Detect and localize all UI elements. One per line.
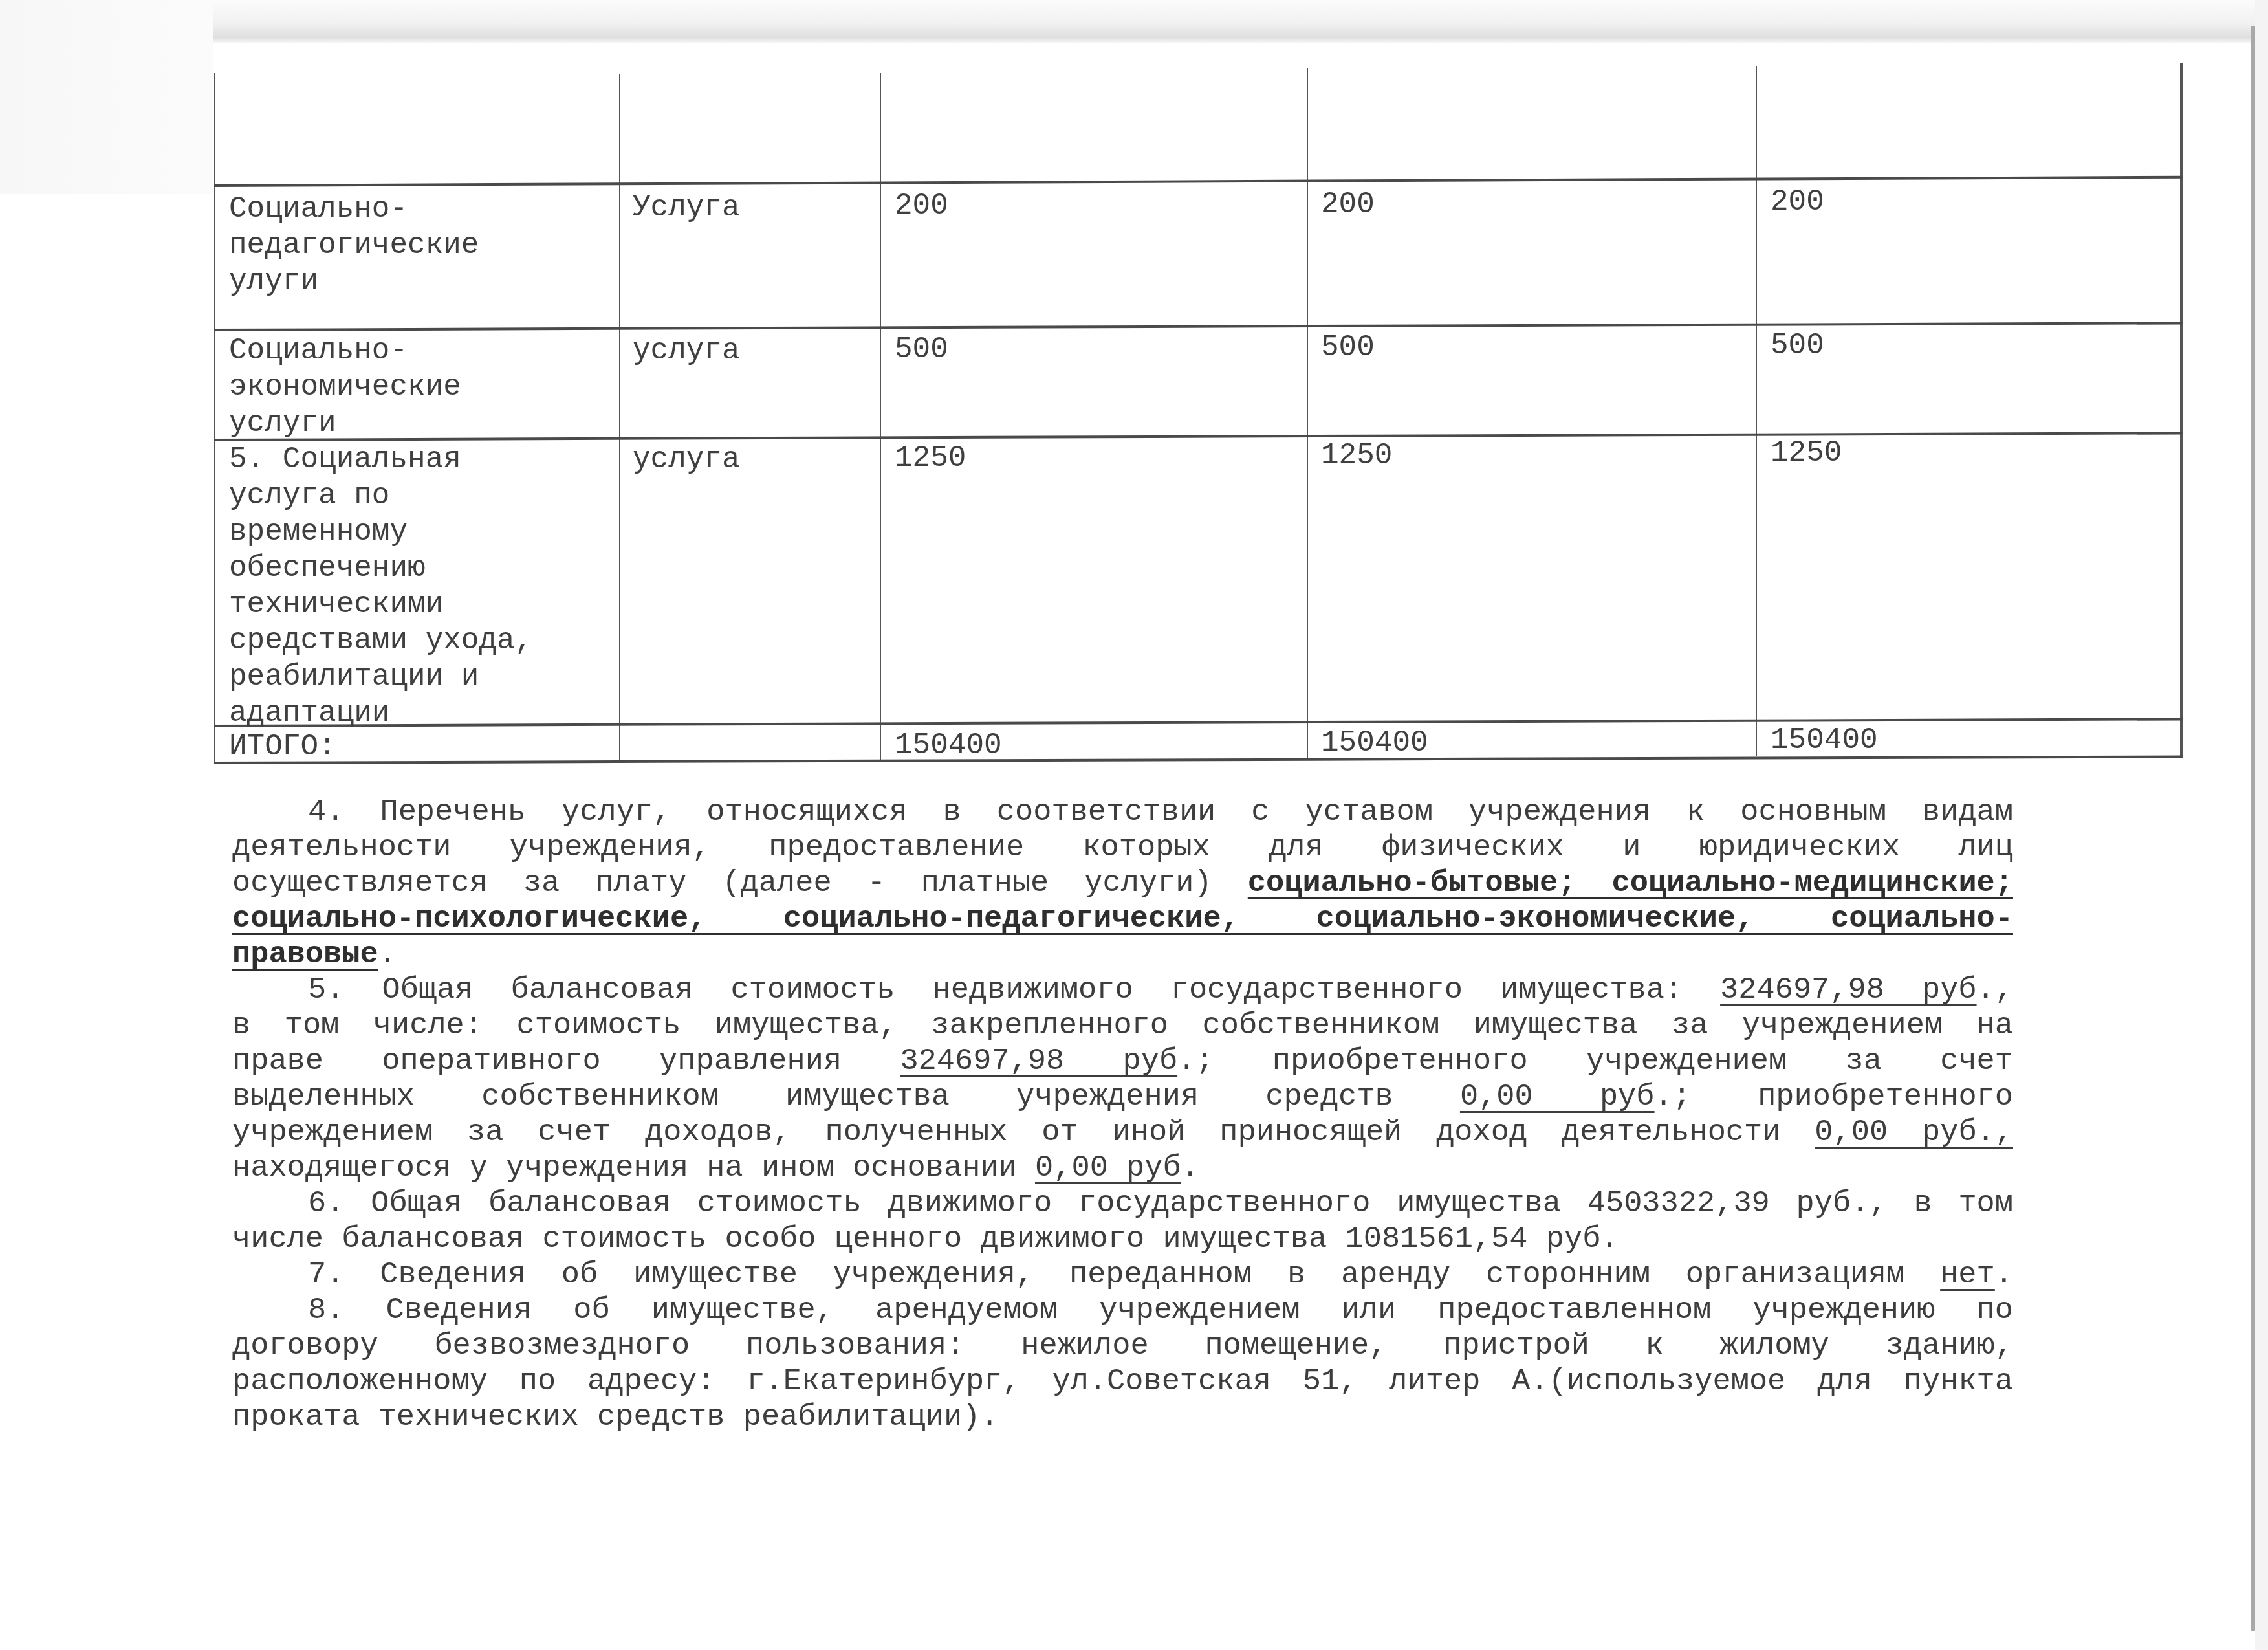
table-col-divider [619, 74, 620, 763]
table-cell-value: 1250 [895, 440, 966, 476]
table-col-divider [1756, 66, 1757, 756]
real-estate-value: 324697,98 руб [1720, 973, 1976, 1007]
text-line: проката технических средств реабилитации… [232, 1400, 2013, 1435]
table-cell-service-name: Социально- педагогические улуги [229, 191, 479, 300]
table-border-bottom [214, 755, 2183, 764]
table-cell-unit: Услуга [633, 190, 740, 226]
text-line: числе балансовая стоимость особо ценного… [232, 1222, 2013, 1257]
text-line: осуществляется за плату (далее - платные… [232, 866, 2013, 901]
leased-property-value: нет [1940, 1258, 1995, 1292]
text-line: находящегося у учреждения на ином основа… [232, 1150, 2013, 1186]
table-cell-value: 200 [1771, 184, 1824, 220]
paid-services-list: социально-бытовые; социально-медицинские… [1248, 866, 2013, 901]
table-cell-value: 1250 [1321, 437, 1392, 474]
other-basis-value: 0,00 руб [1035, 1151, 1181, 1185]
text-span: . [1995, 1258, 2013, 1292]
text-span: .; приобретенного учреждением за счет [1177, 1044, 2013, 1079]
text-span: . [1181, 1151, 1199, 1185]
table-cell-unit: услуга [633, 333, 740, 369]
text-line: 5. Общая балансовая стоимость недвижимог… [232, 973, 2013, 1008]
table-cell-value: 200 [1321, 186, 1375, 223]
table-total-value: 150400 [1771, 722, 1878, 758]
text-span: 5. Общая балансовая стоимость недвижимог… [308, 973, 1720, 1007]
table-border-right [2180, 63, 2183, 756]
text-line: 8. Сведения об имуществе, арендуемом учр… [232, 1293, 2013, 1328]
table-cell-value: 1250 [1771, 435, 1842, 471]
paid-services-list: социально-психологические, социально-пед… [232, 901, 2013, 937]
operational-management-value: 324697,98 руб [900, 1044, 1177, 1079]
table-cell-value: 200 [895, 188, 948, 224]
income-activity-value: 0,00 руб., [1815, 1116, 2013, 1150]
text-span: .; приобретенного [1655, 1080, 2013, 1114]
text-span: находящегося у учреждения на ином основа… [232, 1151, 1035, 1185]
text-line: правовые. [232, 937, 2013, 973]
table-row-divider [214, 322, 2183, 331]
text-span: ., [1977, 973, 2013, 1007]
table-cell-value: 500 [1321, 329, 1375, 366]
services-table: Социально- педагогические улуги Услуга 2… [0, 0, 2268, 776]
text-span: 7. Сведения об имуществе учреждения, пер… [308, 1258, 1940, 1292]
text-line: расположенному по адресу: г.Екатеринбург… [232, 1364, 2013, 1400]
text-line: 6. Общая балансовая стоимость движимого … [232, 1186, 2013, 1222]
text-line: 7. Сведения об имуществе учреждения, пер… [232, 1257, 2013, 1293]
owner-funds-value: 0,00 руб [1460, 1080, 1655, 1114]
text-line: учреждением за счет доходов, полученных … [232, 1115, 2013, 1150]
table-col-divider [880, 73, 881, 762]
text-span: . [378, 938, 397, 972]
text-line: деятельности учреждения, предоставление … [232, 830, 2013, 866]
text-line: 4. Перечень услуг, относящихся в соответ… [232, 795, 2013, 830]
text-span: выделенных собственником имущества учреж… [232, 1080, 1460, 1114]
table-cell-service-name: 5. Социальная услуга по временному обесп… [229, 441, 532, 731]
table-col-divider [1307, 68, 1308, 759]
table-cell-unit: услуга [633, 441, 740, 478]
paid-services-list: правовые [232, 938, 378, 972]
table-cell-value: 500 [1771, 327, 1824, 364]
table-total-value: 150400 [895, 727, 1002, 764]
table-border-left [214, 73, 215, 764]
text-line: в том числе: стоимость имущества, закреп… [232, 1008, 2013, 1044]
text-line: праве оперативного управления 324697,98 … [232, 1044, 2013, 1079]
text-line: выделенных собственником имущества учреж… [232, 1079, 2013, 1115]
table-total-label: ИТОГО: [229, 729, 336, 765]
table-cell-service-name: Социально- экономические услуги [229, 333, 461, 441]
text-span: праве оперативного управления [232, 1044, 900, 1079]
table-row-divider [214, 176, 2183, 187]
table-cell-value: 500 [895, 331, 948, 368]
text-span: осуществляется за плату (далее - платные… [232, 866, 1248, 901]
table-row-divider [214, 432, 2183, 441]
text-span: учреждением за счет доходов, полученных … [232, 1116, 1815, 1150]
text-line: договору безвозмездного пользования: неж… [232, 1328, 2013, 1364]
table-total-value: 150400 [1321, 725, 1428, 761]
